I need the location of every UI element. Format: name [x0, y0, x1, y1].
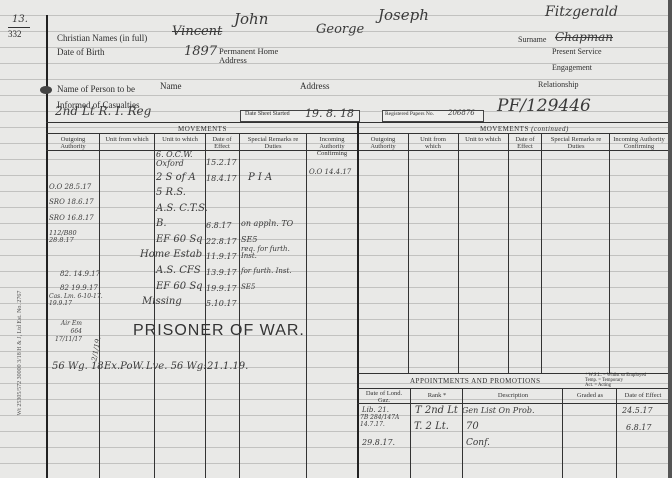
row-2-date: 18.4.17: [206, 174, 237, 183]
punch-hole: [40, 86, 52, 94]
row-10-date: 5.10.17: [206, 299, 237, 308]
row-3-unit-to: 5 R.S.: [156, 187, 186, 198]
surname-label: Surname: [518, 35, 546, 44]
col-line: [408, 133, 409, 373]
hdr-rank: Rank *: [415, 392, 459, 399]
form-ref-top: 13.: [12, 14, 28, 25]
row-1-unit-to: 6. O.C.W. Oxford: [156, 150, 206, 168]
hdr-unit-from: Unit from which: [105, 136, 149, 143]
row-1-date: 15.2.17: [206, 158, 237, 167]
date-sheet-started-value: 19. 8. 18: [305, 107, 354, 120]
hdr-outgoing-authority-cont: Outgoing Authority: [361, 136, 405, 150]
name-label: Name: [160, 81, 182, 91]
date-sheet-started-label: Date Sheet Started: [245, 111, 290, 117]
col-line: [410, 388, 411, 478]
row-2-unit-to: 2 S of A: [156, 172, 196, 183]
row-7-remarks: req. for furth. Inst.: [241, 246, 303, 260]
hdr-outgoing-authority: Outgoing Authority: [50, 136, 96, 150]
appt-row-2-description: 70: [466, 421, 479, 432]
hdr-date-of-effect-appt: Date of Effect: [618, 392, 668, 399]
file-number: PF/129446: [497, 96, 591, 116]
row-4-unit-to: A.S. C.T.S.: [156, 203, 208, 214]
row-6-outgoing: 112/B80 28.8.17: [49, 230, 99, 244]
appt-row-2-date-effect: 6.8.17: [626, 423, 651, 432]
last-row-date: 21.1.19.: [207, 361, 248, 372]
row-8-remarks: for furth. Inst.: [241, 267, 292, 275]
surname-struck: Chapman: [555, 30, 613, 44]
date-of-birth-label: Date of Birth: [57, 47, 105, 57]
row-7-unit-to: Home Estab: [140, 249, 202, 260]
row-9-date: 19.9.17: [206, 284, 237, 293]
christian-names-struck: Vincent: [172, 24, 222, 39]
left-margin-rule: [46, 15, 48, 478]
appt-row-3-description: Conf.: [466, 438, 490, 448]
row-5-unit-to: B.: [156, 218, 167, 229]
row-10-outgoing: Cas. Lm. 6-10-17. 19.9.17: [49, 293, 109, 307]
present-service-label: Present Service: [552, 47, 602, 56]
hdr-date-of-effect-cont: Date of Effect: [510, 136, 540, 150]
col-line: [616, 388, 617, 478]
row-5-outgoing: SRO 16.8.17: [49, 214, 94, 222]
registered-papers-label: Registered Papers No.: [385, 111, 434, 117]
col-line: [609, 133, 610, 373]
christian-names-value-1: John: [234, 10, 268, 28]
hdr-unit-to: Unit to which: [160, 136, 200, 143]
appointments-title: APPOINTMENTS AND PROMOTIONS: [410, 377, 541, 385]
row-6-remarks: SE5: [241, 235, 257, 244]
christian-names-value-2: George: [316, 22, 364, 37]
christian-names-value-3: Joseph: [378, 6, 429, 24]
row-10-unit-to: Missing: [142, 296, 182, 307]
row-4-outgoing: SRO 18.6.17: [49, 198, 94, 206]
col-line: [508, 133, 509, 373]
appt-row-3-date-gaz: 29.8.17.: [362, 438, 395, 447]
appt-row-1-rank: T 2nd Lt: [415, 405, 458, 416]
form-ref-divider: [8, 27, 30, 28]
hdr-graded-as: Graded as: [566, 392, 614, 399]
col-line: [462, 388, 463, 478]
hdr-date-lond-gaz: Date of Lond. Gaz.: [362, 390, 406, 404]
appt-row-1-date-gaz: Lib. 21.: [362, 406, 389, 414]
row-3-outgoing: O.O 28.5.17: [49, 183, 91, 191]
col-line: [458, 133, 459, 373]
permanent-home-label: Permanent Home Address: [219, 47, 278, 65]
row-9-remarks: SE5: [241, 283, 255, 291]
hdr-incoming-authority: Incoming Authority Confirming: [307, 136, 357, 157]
hdr-special-remarks: Special Remarks re Duties: [245, 136, 301, 150]
hdr-unit-from-cont: Unit from which: [412, 136, 454, 150]
col-line: [541, 133, 542, 373]
christian-names-label: Christian Names (in full): [57, 33, 147, 43]
appt-row-1-description: Gen List On Prob.: [462, 406, 535, 415]
hdr-date-of-effect: Date of Effect: [207, 136, 237, 150]
appt-row-2-date-gaz: 7B 284/147A 14.7.17.: [360, 414, 410, 428]
address-label: Address: [300, 81, 330, 91]
side-imprint: Wt 25305/572 30000 3/18 H & J, Ltd Est. …: [17, 253, 23, 453]
engagement-label: Engagement: [552, 63, 592, 72]
row-2-incoming: O.O 14.4.17: [309, 168, 351, 176]
appt-row-2-rank: T. 2 Lt.: [414, 421, 449, 432]
date-of-birth-value: 1897: [184, 44, 217, 59]
table-divider: [357, 122, 359, 478]
last-row-unit-to: Lve. 56 Wg:: [146, 361, 207, 372]
row-8-date: 13.9.17: [206, 268, 237, 277]
col-line: [239, 133, 240, 478]
movements-continued-title: MOVEMENTS (continued): [480, 125, 569, 133]
last-row-unit-from: Ex.PoW.: [104, 361, 144, 372]
form-ref-bottom: 332: [8, 29, 22, 39]
row-8-outgoing: 82. 14.9.17: [60, 270, 100, 278]
appt-row-1-date-effect: 24.5.17: [622, 406, 653, 415]
last-row-outgoing: 56 Wg. 18: [52, 361, 104, 372]
row-6-unit-to: EF 60 Sq: [156, 234, 203, 245]
hdr-unit-to-cont: Unit to which: [462, 136, 504, 143]
unit-note: 2nd Lt R. I. Reg: [55, 104, 151, 118]
col-line: [562, 388, 563, 478]
surname-value: Fitzgerald: [545, 4, 618, 20]
row-7-date: 11.9.17: [206, 252, 237, 261]
right-edge: [668, 0, 672, 478]
air-em-note-2: 2/1/19.: [90, 336, 102, 362]
row-9-outgoing: 82 19.9.17: [60, 284, 98, 292]
air-em-note: Air Em 664 17/11/17: [52, 320, 82, 344]
relationship-label: Relationship: [538, 80, 578, 89]
row-2-remarks: P I A: [248, 172, 272, 183]
row-6-date: 22.8.17: [206, 237, 237, 246]
hdr-description: Description: [468, 392, 558, 399]
row-5-remarks: on appln. TO: [241, 219, 293, 228]
row-9-unit-to: EF 60 Sq: [156, 281, 203, 292]
movements-title: MOVEMENTS: [178, 125, 227, 133]
appointments-legend: * W.S.L. = Whilst so Employed Temp. = Te…: [585, 373, 646, 388]
row-5-date: 6.8.17: [206, 221, 231, 230]
col-line: [306, 133, 307, 478]
row-8-unit-to: A.S. CFS: [156, 265, 201, 276]
service-record-sheet: 13. 332 Wt 25305/572 30000 3/18 H & J, L…: [0, 0, 672, 478]
prisoner-of-war-stamp: PRISONER OF WAR.: [133, 322, 305, 340]
appointments-header-rule: [357, 388, 668, 389]
hdr-incoming-authority-cont: Incoming Authority Confirming: [611, 136, 667, 150]
hdr-special-remarks-cont: Special Remarks re Duties: [546, 136, 606, 150]
registered-papers-value: 206876: [448, 109, 475, 117]
